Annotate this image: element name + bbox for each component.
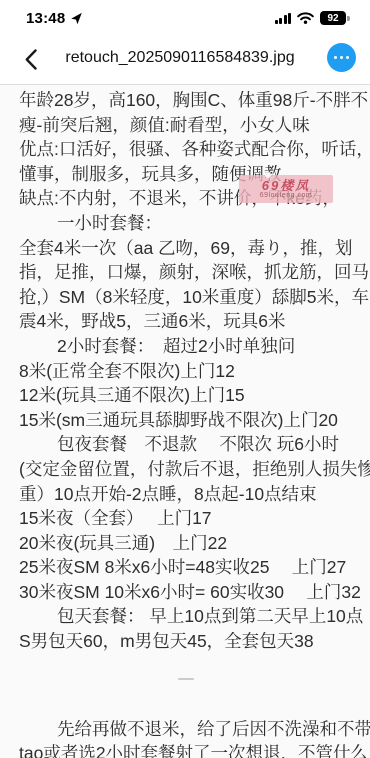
text-line: 12米(玩具三通不限次)上门15	[0, 383, 370, 408]
back-button[interactable]	[16, 44, 46, 74]
text-line-section: 包天套餐： 早上10点到第二天早上10点	[0, 604, 370, 629]
battery-percent: 92	[327, 13, 338, 24]
status-right: 92	[275, 11, 347, 25]
text-line: 瘦-前突后翘，颜值:耐看型，小女人味	[0, 113, 370, 138]
status-left: 13:48	[26, 10, 83, 27]
cellular-signal-icon	[275, 13, 292, 24]
text-line: (交定金留位置，付款后不退，拒绝别人损失惨	[0, 457, 370, 482]
text-line: 全套4米一次（aa 乙吻，69，毒り，推，划	[0, 236, 370, 261]
text-line: 指，足推，口爆，颜射，深喉，抓龙筋，回马	[0, 260, 370, 285]
more-options-button[interactable]	[327, 43, 356, 72]
text-line: 15米(sm三通玩具舔脚野战不限次)上门20	[0, 408, 370, 433]
photo-text-content: 年龄28岁，高160，胸围C、体重98斤-不胖不 瘦-前突后翘，颜值:耐看型，小…	[0, 85, 370, 758]
text-line: 抢,）SM（8米轻度，10米重度）舔脚5米，车	[0, 285, 370, 310]
text-line: 先给再做不退米，给了后因不洗澡和不带	[0, 717, 370, 742]
text-line: 20米夜(玩具三通) 上门22	[0, 531, 370, 556]
blank-gap	[0, 654, 370, 717]
text-line: 重）10点开始-2点睡，8点起-10点结束	[0, 482, 370, 507]
text-line: 震4米，野战5，三通6米，玩具6米	[0, 309, 370, 334]
photo-image-view[interactable]: 年龄28岁，高160，胸围C、体重98斤-不胖不 瘦-前突后翘，颜值:耐看型，小…	[0, 84, 370, 758]
ellipsis-icon	[334, 56, 337, 59]
page-title: retouch_2025090116584839.jpg	[50, 49, 310, 67]
text-line: S男包天60，m男包天45，全套包天38	[0, 629, 370, 654]
text-line: 30米夜SM 10米x6小时= 60实收30 上门32	[0, 580, 370, 605]
text-line: 15米夜（全套） 上门17	[0, 506, 370, 531]
text-line: 25米夜SM 8米x6小时=48实收25 上门27	[0, 555, 370, 580]
text-line: 优点:口活好，很骚、各种姿式配合你，听话，	[0, 137, 370, 162]
chevron-left-icon	[25, 49, 37, 70]
text-line: 8米(正常全套不限次)上门12	[0, 359, 370, 384]
text-line-section: 一小时套餐：	[0, 211, 370, 236]
text-line-section: 包夜套餐 不退款 不限次 玩6小时	[0, 432, 370, 457]
status-bar: 13:48 92	[0, 0, 370, 32]
text-line-section: 2小时套餐： 超过2小时单独问	[0, 334, 370, 359]
phone-screen: 13:48 92 retouch_2025	[0, 0, 370, 758]
image-viewer-header: retouch_2025090116584839.jpg	[0, 32, 370, 84]
text-line: 缺点:不内射，不退米，不讲价，不ke药，	[0, 186, 370, 211]
dash-mark	[178, 678, 194, 681]
clock: 13:48	[26, 10, 65, 27]
wifi-icon	[297, 12, 314, 24]
text-line: 懂事，制服多，玩具多，随便调教	[0, 162, 370, 187]
text-line: 年龄28岁，高160，胸围C、体重98斤-不胖不	[0, 88, 370, 113]
location-arrow-icon	[70, 12, 83, 25]
battery-icon: 92	[320, 11, 346, 25]
text-line: tao或者选2小时套餐射了一次想退，不管什么	[0, 741, 370, 758]
